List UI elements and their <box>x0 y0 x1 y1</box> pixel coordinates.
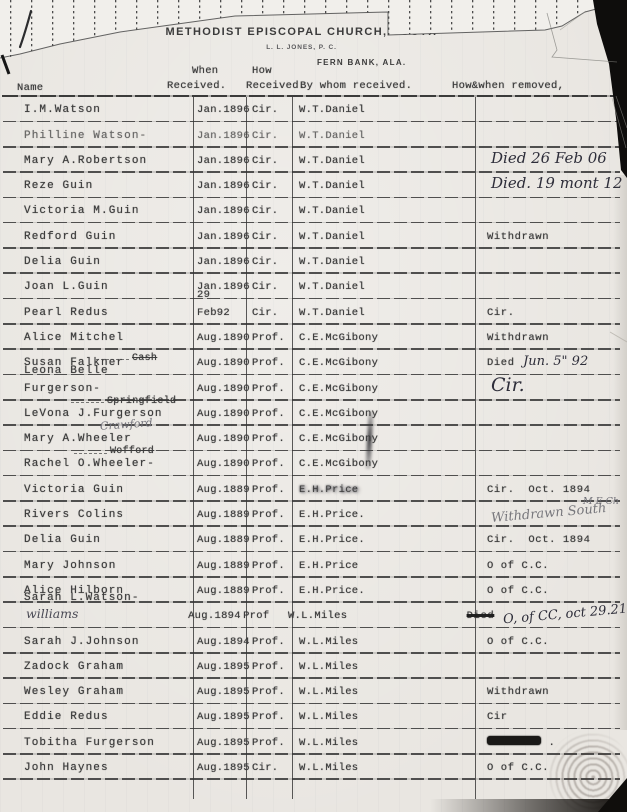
table-row: Wesley Graham Aug.1895 Prof. W.L.Miles W… <box>0 679 627 704</box>
removed-cell: Cir. Oct. 1894 <box>475 529 627 552</box>
how-received-cell: Cir. <box>246 757 292 780</box>
when-received-cell: Jan.1896 <box>193 251 246 274</box>
table-row: I.M.Watson Jan.1896 Cir. W.T.Daniel <box>0 97 627 122</box>
register-table-body: I.M.Watson Jan.1896 Cir. W.T.Daniel Phil… <box>0 97 627 780</box>
removed-note-typed: Cir. Oct. 1894 <box>487 534 591 546</box>
column-header-when-line2: Received. <box>167 80 226 92</box>
member-name: Pearl Redus <box>24 307 109 319</box>
by-whom-received-value: E.H.Price. <box>299 534 365 546</box>
church-name: METHODIST EPISCOPAL CHURCH, SOUTH <box>0 26 615 38</box>
member-name: Tobitha Furgerson <box>24 737 155 749</box>
name-cell: Victoria M.Guin <box>0 200 193 223</box>
when-received-cell: Aug.1889 <box>193 555 246 578</box>
removed-cell: Withdrawn <box>475 681 627 704</box>
by-whom-received-value: C.E.McGibony <box>299 383 378 395</box>
by-whom-received-value: W.T.Daniel <box>299 256 365 268</box>
name-annotation-typed: Springfield <box>107 396 176 407</box>
member-name: Redford Guin <box>24 231 116 243</box>
name-cell: Sarah J.Johnson <box>0 631 193 654</box>
when-received-cell: Aug.1890 <box>193 428 246 451</box>
removed-note-typed: O of C.C. <box>487 762 549 774</box>
when-received-cell: Aug.1895 <box>193 757 246 780</box>
how-received-value: Cir. <box>252 180 278 192</box>
by-whom-received-value: W.T.Daniel <box>299 307 365 319</box>
member-name: Wesley Graham <box>24 686 124 698</box>
by-whom-received-cell: W.T.Daniel <box>292 302 475 325</box>
how-received-value: Cir. <box>252 130 278 142</box>
how-received-cell: Prof. <box>246 631 292 654</box>
when-received-cell: Aug.1890 <box>193 453 246 476</box>
when-received-cell: Aug.1890 <box>193 403 246 426</box>
table-row: Delia Guin Aug.1889 Prof. E.H.Price. Cir… <box>0 527 627 552</box>
removed-note-typed: O of C.C. <box>487 585 549 597</box>
member-name: Eddie Redus <box>24 711 109 723</box>
how-received-cell: Cir. <box>246 302 292 325</box>
when-received-value: Aug.1895 <box>197 737 250 749</box>
by-whom-received-cell: C.E.McGibony <box>292 327 475 350</box>
how-received-cell: Prof. <box>246 732 292 755</box>
when-received-cell: Jan.1896 <box>193 125 246 148</box>
removed-cell: Died Jun. 5" 92 <box>475 352 627 375</box>
when-received-cell: Jan.1896 <box>193 200 246 223</box>
how-received-value: Prof. <box>252 636 285 648</box>
name-cell: Springfield LeVona J.Furgerson <box>0 403 193 426</box>
by-whom-received-cell: W.L.Miles <box>292 732 475 755</box>
name-cell: Zadock Graham <box>0 656 193 679</box>
when-received-value: Aug.1889 <box>197 585 250 597</box>
by-whom-received-cell: W.L.Miles <box>292 706 475 729</box>
name-cell: Philline Watson- <box>0 125 193 148</box>
by-whom-received-cell: W.L.Miles <box>281 605 455 628</box>
how-received-value: Prof. <box>252 458 285 470</box>
how-received-cell: Prof. <box>246 504 292 527</box>
when-received-value: Aug.1889 <box>197 560 250 572</box>
table-row: Joan L.Guin Jan.1896 Cir. W.T.Daniel <box>0 274 627 299</box>
when-received-cell: Aug.1895 <box>193 656 246 679</box>
member-name: Rachel O.Wheeler- <box>24 458 155 470</box>
removed-note-typed: O of C.C. <box>487 636 549 648</box>
removed-cell: Cir. <box>475 302 627 325</box>
how-received-cell: Prof. <box>246 453 292 476</box>
by-whom-received-value: W.T.Daniel <box>299 180 365 192</box>
removed-note-typed: Cir. Oct. 1894 <box>487 484 591 496</box>
when-received-cell: Jan.1896 <box>193 150 246 173</box>
by-whom-received-value: W.T.Daniel <box>299 281 365 293</box>
removed-note-typed: Died <box>487 357 515 369</box>
member-name: Sarah J.Johnson <box>24 636 140 648</box>
when-received-cell: Aug.1890 <box>193 327 246 350</box>
how-received-cell: Prof. <box>246 378 292 401</box>
table-row: Mary Johnson Aug.1889 Prof. E.H.Price O … <box>0 552 627 577</box>
how-received-cell: Cir. <box>246 150 292 173</box>
how-received-value: Prof. <box>252 661 285 673</box>
by-whom-received-value: E.H.Price <box>299 560 358 572</box>
how-received-value: Cir. <box>252 155 278 167</box>
by-whom-received-cell: W.T.Daniel <box>292 99 475 122</box>
how-received-value: Cir. <box>252 205 278 217</box>
column-header-name: Name <box>17 82 43 94</box>
member-name: Alice Mitchel <box>24 332 124 344</box>
name-cell: Mary A.Robertson <box>0 150 193 173</box>
by-whom-received-cell: W.T.Daniel <box>292 175 475 198</box>
by-whom-received-value: C.E.McGibony <box>299 458 378 470</box>
member-name: Zadock Graham <box>24 661 124 673</box>
by-whom-received-cell: E.H.Price. <box>292 504 475 527</box>
when-received-cell: 29 Feb92 <box>193 284 246 325</box>
how-received-value: Prof. <box>252 332 285 344</box>
table-row: Sarah J.Johnson Aug.1894 Prof. W.L.Miles… <box>0 628 627 653</box>
how-received-value: Prof. <box>252 408 285 420</box>
how-received-cell: Prof <box>237 605 281 628</box>
how-received-value: Prof. <box>252 383 285 395</box>
removed-note-typed: Withdrawn <box>487 332 549 344</box>
by-whom-received-value: E.H.Price. <box>299 585 365 597</box>
how-received-cell: Prof. <box>246 428 292 451</box>
when-received-value: Aug.1895 <box>197 711 250 723</box>
when-received-cell: Jan.1896 <box>193 175 246 198</box>
how-received-value: Prof. <box>252 560 285 572</box>
by-whom-received-cell: C.E.McGibony <box>292 378 475 401</box>
when-received-value: Jan.1896 <box>197 155 250 167</box>
how-received-value: Prof. <box>252 433 285 445</box>
how-received-cell: Cir. <box>246 226 292 249</box>
by-whom-received-cell: W.T.Daniel <box>292 276 475 299</box>
removed-note-typed: Cir. <box>487 307 515 319</box>
member-name: Delia Guin <box>24 534 101 546</box>
how-received-value: Prof. <box>252 711 285 723</box>
removed-cell: O of C.C. <box>475 580 627 603</box>
table-row: Sarah L.Watson- williams Aug.1894 Prof W… <box>0 603 627 628</box>
by-whom-received-value: W.T.Daniel <box>299 231 365 243</box>
member-name: Sarah L.Watson- <box>24 592 140 604</box>
how-received-value: Prof. <box>252 509 285 521</box>
column-header-removed: How&when removed, <box>452 80 564 92</box>
member-name: Rivers Colins <box>24 509 124 521</box>
when-received-value: Jan.1896 <box>197 205 250 217</box>
fingerprint-smudge <box>546 730 627 812</box>
when-received-value: Aug.1890 <box>197 357 250 369</box>
when-received-cell: Aug.1894 <box>193 631 246 654</box>
by-whom-received-value: C.E.McGibony <box>299 357 378 369</box>
removed-cell: Died 26 Feb 06 <box>475 149 627 173</box>
when-received-value: Jan.1896 <box>197 104 250 116</box>
how-received-value: Cir. <box>252 256 278 268</box>
removed-cell: Withdrawn <box>475 226 627 249</box>
when-received-value: Aug.1894 <box>197 636 250 648</box>
table-row: Pearl Redus 29 Feb92 Cir. W.T.Daniel Cir… <box>0 299 627 324</box>
column-header-how-line1: How <box>252 65 272 77</box>
removed-note-typed: Cir <box>487 711 508 723</box>
name-cell: John Haynes <box>0 757 193 780</box>
church-location: FERN BANK, ALA. <box>317 58 406 67</box>
how-received-cell: Prof. <box>246 555 292 578</box>
by-whom-received-value: W.T.Daniel <box>299 104 365 116</box>
name-cell: Pearl Redus <box>0 302 193 325</box>
name-cell: Wofford Rachel O.Wheeler- <box>0 453 193 476</box>
how-received-cell: Cir. <box>246 200 292 223</box>
by-whom-received-value: W.L.Miles <box>299 686 358 698</box>
when-received-cell: Aug.1890 <box>193 352 246 375</box>
removed-note-handwritten: Jun. 5" 92 <box>523 354 588 369</box>
how-received-value: Prof. <box>252 357 285 369</box>
removed-note-typed: Withdrawn <box>487 231 549 243</box>
by-whom-received-cell: W.T.Daniel <box>292 251 475 274</box>
by-whom-received-value: C.E.McGibony <box>299 433 378 445</box>
when-received-value: Aug.1889 <box>197 534 250 546</box>
when-received-cell: Aug.1895 <box>193 706 246 729</box>
by-whom-received-cell: W.L.Miles <box>292 656 475 679</box>
table-row: Wofford Rachel O.Wheeler- Aug.1890 Prof.… <box>0 451 627 476</box>
by-whom-received-cell: E.H.Price <box>292 555 475 578</box>
removed-note-typed: Died <box>467 610 495 622</box>
name-cell: Crawford Mary A.Wheeler <box>0 428 193 451</box>
member-name: Delia Guin <box>24 256 101 268</box>
when-received-cell: Jan.1896 <box>193 226 246 249</box>
by-whom-received-cell: C.E.McGibony <box>292 403 475 426</box>
by-whom-received-cell: E.H.Price. <box>292 529 475 552</box>
name-cell: Victoria Guin <box>0 479 193 502</box>
when-received-value: 29 Feb92 <box>197 289 230 319</box>
when-received-value: Aug.1890 <box>197 458 250 470</box>
by-whom-received-cell: W.T.Daniel <box>292 125 475 148</box>
name-annotation-handwritten: Crawford <box>100 416 153 433</box>
removed-cell: Withdrawn South M E Ch <box>475 504 627 527</box>
when-received-cell: Aug.1889 <box>193 479 246 502</box>
when-received-cell: Aug.1890 <box>193 378 246 401</box>
member-name: Reze Guin <box>24 180 93 192</box>
removed-cell: Withdrawn <box>475 327 627 350</box>
removed-note-typed: Withdrawn <box>487 686 549 698</box>
name-cell: Delia Guin <box>0 251 193 274</box>
table-row: Eddie Redus Aug.1895 Prof. W.L.Miles Cir <box>0 704 627 729</box>
name-cell: I.M.Watson <box>0 99 193 122</box>
when-received-cell: Aug.1889 <box>193 504 246 527</box>
how-received-cell: Cir. <box>246 276 292 299</box>
edge-ink-tick <box>2 55 9 74</box>
when-received-value: Aug.1890 <box>197 408 250 420</box>
how-received-value: Prof. <box>252 534 285 546</box>
when-received-value: Jan.1896 <box>197 256 250 268</box>
when-received-value: Aug.1889 <box>197 509 250 521</box>
how-received-cell: Prof. <box>246 656 292 679</box>
member-name: Mary A.Robertson <box>24 155 147 167</box>
by-whom-received-cell: W.T.Daniel <box>292 150 475 173</box>
table-row: Delia Guin Jan.1896 Cir. W.T.Daniel <box>0 249 627 274</box>
how-received-cell: Cir. <box>246 251 292 274</box>
how-received-value: Prof <box>243 610 269 622</box>
table-row: Zadock Graham Aug.1895 Prof. W.L.Miles <box>0 654 627 679</box>
when-received-value: Aug.1894 <box>188 610 241 622</box>
by-whom-received-value: E.H.Price <box>299 484 358 496</box>
how-received-cell: Prof. <box>246 352 292 375</box>
when-received-value: Aug.1895 <box>197 686 250 698</box>
removed-note-typed: O of C.C. <box>487 560 549 572</box>
name-annotation-typed: Cash <box>132 353 157 364</box>
when-received-value: Aug.1889 <box>197 484 250 496</box>
removed-cell: O of C.C. <box>475 555 627 578</box>
name-cell: Eddie Redus <box>0 706 193 729</box>
by-whom-received-cell: E.H.Price <box>292 479 475 502</box>
by-whom-received-cell: W.L.Miles <box>292 681 475 704</box>
how-received-value: Cir. <box>252 307 278 319</box>
by-whom-received-cell: C.E.McGibony <box>292 428 475 451</box>
name-annotation-typed: Wofford <box>110 446 154 457</box>
member-name: I.M.Watson <box>24 104 101 116</box>
name-cell: Joan L.Guin <box>0 276 193 299</box>
how-received-cell: Prof. <box>246 529 292 552</box>
name-cell: Mary Johnson <box>0 555 193 578</box>
name-cell: Alice Mitchel <box>0 327 193 350</box>
by-whom-received-value: C.E.McGibony <box>299 408 378 420</box>
by-whom-received-value: W.L.Miles <box>299 762 358 774</box>
table-row: Mary A.Robertson Jan.1896 Cir. W.T.Danie… <box>0 148 627 173</box>
by-whom-received-cell: W.L.Miles <box>292 757 475 780</box>
by-whom-received-value: W.L.Miles <box>299 661 358 673</box>
by-whom-received-value: W.T.Daniel <box>299 155 365 167</box>
when-received-value: Aug.1895 <box>197 661 250 673</box>
table-row: Crawford Mary A.Wheeler Aug.1890 Prof. C… <box>0 426 627 451</box>
column-header-how-line2: Received. <box>246 80 305 92</box>
table-row: Redford Guin Jan.1896 Cir. W.T.Daniel Wi… <box>0 223 627 248</box>
when-received-cell: Aug.1895 <box>193 681 246 704</box>
how-received-value: Cir. <box>252 281 278 293</box>
member-name: Leona Belle Furgerson- <box>24 365 109 395</box>
by-whom-received-value: W.L.Miles <box>299 636 358 648</box>
when-received-value: Jan.1896 <box>197 180 250 192</box>
when-received-cell: Aug.1895 <box>193 732 246 755</box>
removed-cell: Died. 19 mont 12 <box>475 174 627 198</box>
table-row: Philline Watson- Jan.1896 Cir. W.T.Danie… <box>0 122 627 147</box>
by-whom-received-cell: W.L.Miles <box>292 631 475 654</box>
column-header-when-line1: When <box>192 65 218 77</box>
when-received-value: Aug.1890 <box>197 383 250 395</box>
when-received-value: Aug.1895 <box>197 762 250 774</box>
when-received-cell: Aug.1889 <box>193 529 246 552</box>
table-row: Alice Mitchel Aug.1890 Prof. C.E.McGibon… <box>0 325 627 350</box>
by-whom-received-cell: C.E.McGibony <box>292 352 475 375</box>
when-received-value: Aug.1890 <box>197 433 250 445</box>
how-received-value: Cir. <box>252 762 278 774</box>
how-received-cell: Cir. <box>246 125 292 148</box>
by-whom-received-value: W.L.Miles <box>288 610 347 622</box>
name-cell: Wesley Graham <box>0 681 193 704</box>
removed-cell: Died O, of CC, oct 29.21 <box>455 605 627 628</box>
name-cell: Sarah L.Watson- williams <box>0 587 184 628</box>
removed-cell: Cir. <box>475 374 627 401</box>
how-received-value: Prof. <box>252 737 285 749</box>
member-name: Mary Johnson <box>24 560 116 572</box>
by-whom-received-value: W.T.Daniel <box>299 130 365 142</box>
how-received-value: Cir. <box>252 104 278 116</box>
member-name: Philline Watson- <box>24 130 147 142</box>
table-row: Reze Guin Jan.1896 Cir. W.T.Daniel Died.… <box>0 173 627 198</box>
how-received-cell: Prof. <box>246 580 292 603</box>
removed-note-handwritten: Died 26 Feb 06 <box>491 149 607 167</box>
name-cell: Cash Leona Belle Furgerson- <box>0 360 193 401</box>
name-cell: Delia Guin <box>0 529 193 552</box>
how-received-cell: Prof. <box>246 403 292 426</box>
how-received-cell: Cir. <box>246 99 292 122</box>
how-received-cell: Prof. <box>246 327 292 350</box>
removed-cell: Cir <box>475 706 627 729</box>
when-received-cell: Jan.1896 <box>193 99 246 122</box>
member-name: Mary A.Wheeler <box>24 433 132 445</box>
table-row: Springfield LeVona J.Furgerson Aug.1890 … <box>0 401 627 426</box>
how-received-cell: Prof. <box>246 706 292 729</box>
when-received-cell: Aug.1889 <box>193 580 246 603</box>
when-received-value: Jan.1896 <box>197 231 250 243</box>
table-row: Victoria M.Guin Jan.1896 Cir. W.T.Daniel <box>0 198 627 223</box>
how-received-value: Prof. <box>252 686 285 698</box>
member-name-handwritten-suffix: williams <box>26 606 78 621</box>
name-cell: Tobitha Furgerson <box>0 732 193 755</box>
by-whom-received-value: W.L.Miles <box>299 711 358 723</box>
when-received-value: Aug.1890 <box>197 332 250 344</box>
pastor-name: L. L. JONES, P. C. <box>0 44 615 51</box>
how-received-value: Prof. <box>252 484 285 496</box>
name-cell: Rivers Colins <box>0 504 193 527</box>
when-received-cell: Aug.1894 <box>184 605 237 628</box>
removed-note-handwritten: Cir. <box>491 374 525 396</box>
table-row: Rivers Colins Aug.1889 Prof. E.H.Price. … <box>0 502 627 527</box>
removed-note-handwritten: Died. 19 mont 12 <box>491 174 623 192</box>
how-received-cell: Cir. <box>246 175 292 198</box>
how-received-cell: Prof. <box>246 479 292 502</box>
name-cell: Redford Guin <box>0 226 193 249</box>
member-name: Joan L.Guin <box>24 281 109 293</box>
table-row: Tobitha Furgerson Aug.1895 Prof. W.L.Mil… <box>0 729 627 754</box>
how-received-value: Prof. <box>252 585 285 597</box>
by-whom-received-cell: W.T.Daniel <box>292 200 475 223</box>
by-whom-received-value: E.H.Price. <box>299 509 365 521</box>
by-whom-received-cell: W.T.Daniel <box>292 226 475 249</box>
membership-table: I.M.Watson Jan.1896 Cir. W.T.Daniel Phil… <box>0 97 627 780</box>
member-name: Victoria M.Guin <box>24 205 140 217</box>
removed-cell: O of C.C. <box>475 631 627 654</box>
when-received-value: Jan.1896 <box>197 130 250 142</box>
column-header-by-whom: By whom received. <box>300 80 412 92</box>
how-received-value: Cir. <box>252 231 278 243</box>
by-whom-received-value: C.E.McGibony <box>299 332 378 344</box>
page-edge-shadow <box>613 175 627 730</box>
table-row: Cash Leona Belle Furgerson- Aug.1890 Pro… <box>0 375 627 400</box>
by-whom-received-cell: E.H.Price. <box>292 580 475 603</box>
table-row: Victoria Guin Aug.1889 Prof. E.H.Price C… <box>0 476 627 501</box>
by-whom-received-value: W.L.Miles <box>299 737 358 749</box>
by-whom-received-value: W.T.Daniel <box>299 205 365 217</box>
removed-note-handwritten: O, of CC, oct 29.21 <box>502 602 627 628</box>
how-received-cell: Prof. <box>246 681 292 704</box>
redaction-bar <box>487 736 541 745</box>
name-cell: Reze Guin <box>0 175 193 198</box>
member-name: Victoria Guin <box>24 484 124 496</box>
member-name: John Haynes <box>24 762 109 774</box>
by-whom-received-cell: C.E.McGibony <box>292 453 475 476</box>
table-row: John Haynes Aug.1895 Cir. W.L.Miles O of… <box>0 755 627 780</box>
